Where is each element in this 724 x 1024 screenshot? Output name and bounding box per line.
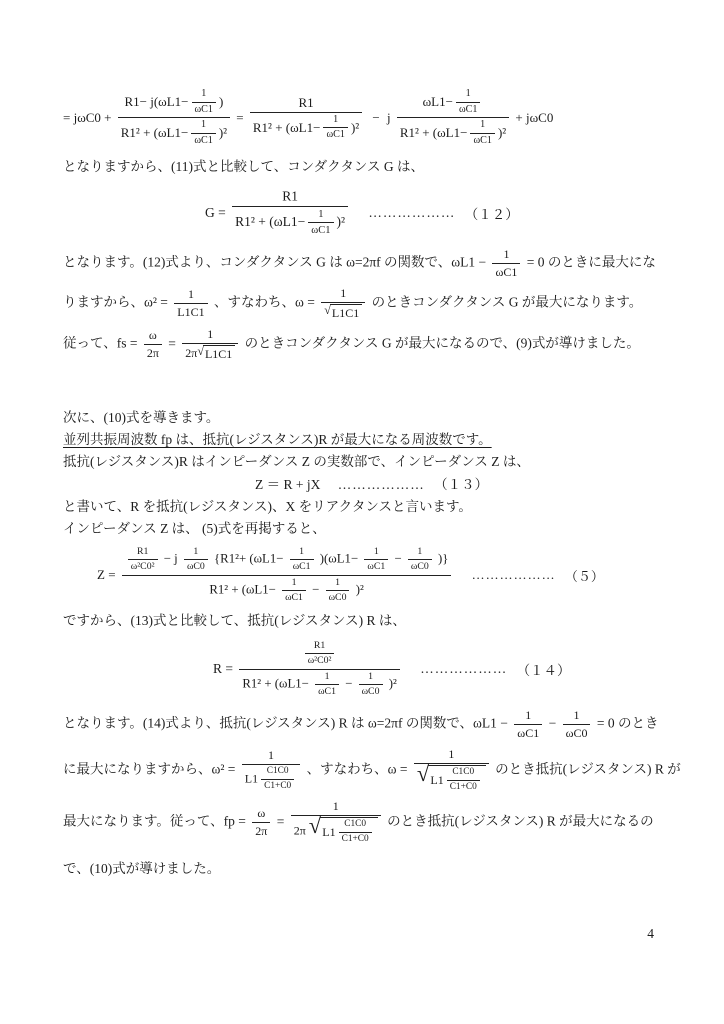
formula-12: G = R1 R1² + (ωL1−1ωC1)² ……………… （１２） — [205, 188, 666, 238]
fraction-denominator: R1² + (ωL1− 1ωC1 − 1ωC0 )² — [239, 670, 399, 698]
math-token: R1² + (ωL1− — [121, 125, 189, 140]
fraction: 1ωC0 — [408, 546, 432, 573]
math-token: （５） — [565, 569, 604, 584]
fraction-denominator: C1+C0 — [447, 781, 480, 794]
fraction-numerator: R1ω²C0² − j 1ωC0 {R1²+ (ωL1− 1ωC1 )(ωL1−… — [122, 546, 452, 575]
paragraph-reactance-naming: と書いて、R を抵抗(レジスタンス)、X をリアクタンスと言います。 — [63, 496, 666, 518]
formula-13: Z ＝ R + jX ……………… （１３） — [255, 473, 666, 496]
fraction: 1ωC1 — [492, 247, 520, 280]
fraction-numerator: C1C0 — [339, 819, 372, 833]
fraction-numerator: C1C0 — [447, 767, 480, 781]
math-token: − — [312, 582, 319, 596]
paragraph-omega-squared-parallel: に最大になりますから、ω² = 1 L1C1C0C1+C0 、すなわち、ω = … — [63, 747, 666, 793]
fraction-denominator: ωC0 — [563, 725, 591, 741]
paragraph-resistance-def: 抵抗(レジスタンス)R はインピーダンス Z の実数部で、インピーダンス Z は… — [63, 451, 666, 473]
text-segment: 、すなわち、ω = — [307, 761, 408, 776]
fraction: 1ωC1 — [282, 577, 306, 604]
math-token: 2π — [294, 824, 306, 838]
fraction-numerator: 1 — [323, 114, 347, 129]
fraction-numerator: ω — [252, 806, 270, 823]
paragraph-fp-conclusion: 最大になります。従って、fp = ω2π = 1 2π √ L1C1C0C1+C… — [63, 799, 666, 845]
text-segment: インピーダンス Z は、 (5)式を再掲すると、 — [63, 521, 326, 536]
fraction: 1ωC1 — [308, 208, 333, 237]
math-token: R1 — [282, 188, 298, 203]
fraction-denominator: 2π√L1C1 — [182, 344, 238, 361]
fraction-numerator: C1C0 — [261, 766, 294, 780]
fraction-denominator: ω²C0² — [305, 654, 335, 667]
fraction-numerator: 1 — [315, 671, 339, 685]
math-token: R = — [213, 661, 233, 676]
fraction-numerator: 1 — [321, 286, 365, 303]
formula-14: R = R1ω²C0² R1² + (ωL1− 1ωC1 − 1ωC0 )² …… — [213, 640, 666, 698]
text-segment: = 0 のときに最大にな — [527, 255, 656, 270]
fraction-numerator: R1− j(ωL1−1ωC1) — [118, 88, 230, 118]
paragraph-compare-13: ですから、(13)式と比較して、抵抗(レジスタンス) R は、 — [63, 610, 666, 632]
math-token: （１２） — [465, 207, 519, 222]
fraction-denominator: C1+C0 — [339, 833, 372, 846]
sqrt-expression: √ L1C1C0C1+C0 — [417, 765, 486, 793]
fraction: 1ωC1 — [192, 88, 216, 116]
radicand: L1C1C0C1+C0 — [428, 765, 485, 793]
math-token: R1² + (ωL1− — [400, 125, 468, 140]
text-segment: 抵抗(レジスタンス)R はインピーダンス Z の実数部で、インピーダンス Z は… — [63, 454, 530, 469]
math-token: − — [345, 676, 352, 690]
math-token: {R1²+ (ωL1− — [214, 552, 283, 566]
text-segment: に最大になりますから、ω² = — [63, 761, 235, 776]
fraction: C1C0C1+C0 — [447, 767, 480, 793]
fraction-denominator: ωC0 — [184, 560, 208, 573]
fraction-denominator: ωC1 — [364, 560, 388, 573]
fraction: 1ωC0 — [184, 546, 208, 573]
sqrt-expression: √L1C1 — [197, 345, 235, 361]
fraction-numerator: 1 — [364, 546, 388, 560]
math-token: )² — [356, 582, 364, 596]
math-token: )² — [389, 676, 397, 690]
fraction: 1ωC1 — [364, 546, 388, 573]
math-token: )² — [498, 125, 506, 140]
fraction: 1ωC1 — [514, 708, 542, 741]
math-token: )} — [438, 552, 448, 566]
fraction-numerator: 1 — [359, 671, 383, 685]
fraction-denominator: ωC1 — [191, 134, 215, 148]
fraction-denominator: 2π — [252, 823, 270, 839]
math-token: R1² + (ωL1− — [253, 120, 321, 135]
fraction-numerator: 1 — [174, 287, 207, 304]
paragraph-next-derivation: 次に、(10)式を導きます。 — [63, 407, 666, 429]
fraction: ωL1−1ωC1 R1² + (ωL1−1ωC1)² — [397, 88, 509, 148]
fraction: 1L1C1 — [174, 287, 207, 320]
fraction: 1ωC0 — [359, 671, 383, 698]
math-token: = jωC0 + — [63, 110, 112, 125]
page-number: 4 — [647, 926, 654, 942]
math-token: = — [168, 336, 176, 351]
fraction-denominator: R1² + (ωL1−1ωC1)² — [232, 207, 348, 237]
paragraph-compare-11: となりますから、(11)式と比較して、コンダクタンス G は、 — [63, 156, 666, 178]
math-token: 2π — [185, 346, 197, 360]
math-token: Z = — [97, 567, 116, 582]
fraction-numerator: 1 — [290, 546, 314, 560]
radicand: L1C1 — [203, 345, 235, 361]
fraction-denominator: R1² + (ωL1−1ωC1)² — [118, 118, 230, 147]
fraction: 1 √ L1C1C0C1+C0 — [414, 747, 489, 793]
math-token: （１３） — [434, 477, 488, 492]
fraction-denominator: ωC1 — [192, 103, 216, 117]
fraction: 1 L1C1C0C1+C0 — [242, 748, 300, 792]
math-token: Z ＝ R + jX — [255, 477, 320, 492]
math-token: ……………… — [472, 567, 556, 582]
fraction-numerator: R1 — [128, 546, 158, 560]
fraction-denominator: ωC1 — [470, 134, 494, 148]
text-segment: となりますから、(11)式と比較して、コンダクタンス G は、 — [63, 159, 424, 174]
paragraph-omega-squared: りますから、ω² = 1L1C1 、すなわち、ω = 1 √L1C1 のときコン… — [63, 286, 666, 320]
fraction-numerator: 1 — [308, 208, 333, 223]
math-token: = — [277, 815, 285, 830]
math-token: L1 — [245, 772, 258, 786]
fraction-numerator: 1 — [456, 88, 480, 103]
paragraph-impedance-recall: インピーダンス Z は、 (5)式を再掲すると、 — [63, 518, 666, 540]
text-segment: のとき抵抗(レジスタンス) R が最大になるの — [387, 814, 654, 829]
fraction-numerator: 1 — [191, 119, 215, 134]
fraction: 1 √L1C1 — [321, 286, 365, 320]
fraction-denominator: ωC1 — [456, 103, 480, 117]
fraction: C1C0C1+C0 — [339, 819, 372, 845]
fraction-numerator: R1 — [232, 188, 348, 207]
math-token: G = — [205, 205, 226, 220]
fraction-denominator: ωC1 — [282, 591, 306, 604]
fraction: 1ωC0 — [326, 577, 350, 604]
math-token: L1 — [322, 825, 335, 839]
math-token: j — [387, 110, 391, 125]
text-segment: のとき抵抗(レジスタンス) R が — [495, 761, 681, 776]
fraction: 1ωC1 — [315, 671, 339, 698]
math-token: + jωC0 — [515, 110, 553, 125]
fraction-numerator: ω — [144, 328, 162, 345]
fraction: R1 R1² + (ωL1−1ωC1)² — [232, 188, 348, 238]
math-token: L1 — [430, 773, 443, 787]
math-token: （１４） — [517, 663, 571, 678]
fraction-denominator: 2π √ L1C1C0C1+C0 — [291, 816, 381, 845]
sqrt-expression: √ L1C1C0C1+C0 — [309, 817, 378, 845]
fraction: R1ω²C0² — [305, 640, 335, 667]
fraction: 1ωC0 — [563, 708, 591, 741]
text-segment: − — [549, 716, 557, 731]
math-token: ωL1− — [423, 94, 453, 109]
text-segment: となります。(12)式より、コンダクタンス G は ω=2πf の関数で、ωL1… — [63, 255, 486, 270]
math-token: = — [236, 110, 243, 125]
fraction-denominator: ωC1 — [492, 264, 520, 280]
fraction-denominator: √ L1C1C0C1+C0 — [414, 764, 489, 793]
fraction-denominator: R1² + (ωL1−1ωC1)² — [397, 118, 509, 147]
text-segment: = 0 のとき — [597, 716, 659, 731]
paragraph-g-function: となります。(12)式より、コンダクタンス G は ω=2πf の関数で、ωL1… — [63, 247, 666, 280]
math-token: )² — [351, 120, 359, 135]
fraction: 1ωC1 — [323, 114, 347, 142]
fraction-numerator: 1 — [291, 799, 381, 816]
fraction: 1ωC1 — [456, 88, 480, 116]
fraction-denominator: ωC0 — [408, 560, 432, 573]
fraction-numerator: 1 — [470, 119, 494, 134]
fraction-denominator: L1C1 — [174, 304, 207, 320]
text-segment: 最大になります。従って、fp = — [63, 814, 246, 829]
fraction-numerator: 1 — [326, 577, 350, 591]
page-content: = jωC0 + R1− j(ωL1−1ωC1) R1² + (ωL1−1ωC1… — [0, 0, 724, 880]
fraction: 1ωC1 — [470, 119, 494, 147]
text-segment: となります。(14)式より、抵抗(レジスタンス) R は ω=2πf の関数で、… — [63, 716, 508, 731]
math-token: R1² + (ωL1− — [242, 676, 309, 690]
math-token: R1² + (ωL1− — [235, 214, 305, 229]
fraction-denominator: ωC1 — [514, 725, 542, 741]
fraction-denominator: L1C1C0C1+C0 — [242, 765, 300, 792]
math-token: ……………… — [420, 661, 507, 676]
fraction-denominator: ωC0 — [326, 591, 350, 604]
radicand: L1C1C0C1+C0 — [320, 817, 377, 845]
math-token: − — [394, 552, 401, 566]
radicand: L1C1 — [330, 304, 362, 320]
fraction-denominator: R1² + (ωL1− 1ωC1 − 1ωC0 )² — [122, 576, 452, 604]
text-segment: 並列共振周波数 fp は、抵抗(レジスタンス)R が最大になる周波数です。 — [63, 432, 492, 447]
paragraph-r-function: となります。(14)式より、抵抗(レジスタンス) R は ω=2πf の関数で、… — [63, 708, 666, 741]
paragraph-parallel-resonance-def: 並列共振周波数 fp は、抵抗(レジスタンス)R が最大になる周波数です。 — [63, 429, 666, 451]
math-token: )² — [219, 125, 227, 140]
fraction: R1ω²C0² − j 1ωC0 {R1²+ (ωL1− 1ωC1 )(ωL1−… — [122, 546, 452, 604]
fraction: ω2π — [252, 806, 270, 839]
fraction-denominator: ωC1 — [290, 560, 314, 573]
math-token: − — [372, 110, 379, 125]
text-segment: のときコンダクタンス G が最大になるので、(9)式が導けました。 — [245, 335, 640, 350]
fraction-numerator: R1ω²C0² — [239, 640, 399, 669]
fraction: R1 R1² + (ωL1−1ωC1)² — [250, 94, 362, 142]
fraction: 1 2π√L1C1 — [182, 327, 238, 361]
fraction-numerator: 1 — [282, 577, 306, 591]
text-segment: 次に、(10)式を導きます。 — [63, 410, 219, 425]
math-token: )(ωL1− — [320, 552, 358, 566]
fraction: R1ω²C0² — [128, 546, 158, 573]
fraction: R1− j(ωL1−1ωC1) R1² + (ωL1−1ωC1)² — [118, 88, 230, 148]
math-token: − j — [164, 552, 178, 566]
fraction-numerator: 1 — [492, 247, 520, 264]
fraction-numerator: 1 — [184, 546, 208, 560]
fraction-numerator: 1 — [242, 748, 300, 765]
fraction-numerator: 1 — [192, 88, 216, 103]
fraction-denominator: ωC1 — [315, 685, 339, 698]
fraction: C1C0C1+C0 — [261, 766, 294, 792]
formula-5: Z = R1ω²C0² − j 1ωC0 {R1²+ (ωL1− 1ωC1 )(… — [97, 546, 666, 604]
sqrt-expression: √L1C1 — [324, 304, 362, 320]
text-segment: で、(10)式が導けました。 — [63, 861, 220, 876]
fraction-denominator: ω²C0² — [128, 560, 158, 573]
math-token: )² — [337, 214, 346, 229]
fraction-denominator: ωC0 — [359, 685, 383, 698]
fraction-numerator: ωL1−1ωC1 — [397, 88, 509, 118]
text-segment: 、すなわち、ω = — [214, 295, 315, 310]
fraction-denominator: ωC1 — [323, 128, 347, 142]
fraction-denominator: C1+C0 — [261, 780, 294, 793]
math-token: R1− j(ωL1− — [124, 94, 188, 109]
document-page: = jωC0 + R1− j(ωL1−1ωC1) R1² + (ωL1−1ωC1… — [0, 0, 724, 1024]
text-segment: のときコンダクタンス G が最大になります。 — [372, 295, 643, 310]
fraction-numerator: 1 — [408, 546, 432, 560]
fraction-denominator: ωC1 — [308, 223, 333, 237]
fraction: 1 2π √ L1C1C0C1+C0 — [291, 799, 381, 845]
fraction-numerator: 1 — [514, 708, 542, 725]
formula-admittance-expansion: = jωC0 + R1− j(ωL1−1ωC1) R1² + (ωL1−1ωC1… — [63, 88, 666, 148]
fraction-denominator: R1² + (ωL1−1ωC1)² — [250, 113, 362, 142]
fraction-numerator: 1 — [563, 708, 591, 725]
paragraph-fs-conclusion: 従って、fs = ω2π = 1 2π√L1C1 のときコンダクタンス G が最… — [63, 327, 666, 361]
fraction-numerator: R1 — [305, 640, 335, 654]
math-token: R1 — [298, 94, 313, 109]
text-segment: と書いて、R を抵抗(レジスタンス)、X をリアクタンスと言います。 — [63, 499, 472, 514]
fraction: ω2π — [144, 328, 162, 361]
text-segment: りますから、ω² = — [63, 295, 168, 310]
fraction: 1ωC1 — [191, 119, 215, 147]
fraction: R1ω²C0² R1² + (ωL1− 1ωC1 − 1ωC0 )² — [239, 640, 399, 698]
text-segment: 従って、fs = — [63, 335, 137, 350]
math-token: ……………… — [368, 205, 455, 220]
fraction-denominator: 2π — [144, 345, 162, 361]
math-token: ) — [219, 94, 223, 109]
fraction: 1ωC1 — [290, 546, 314, 573]
fraction-numerator: 1 — [182, 327, 238, 344]
fraction-denominator: √L1C1 — [321, 303, 365, 320]
paragraph-derived-10: で、(10)式が導けました。 — [63, 858, 666, 880]
fraction-numerator: R1 — [250, 94, 362, 113]
math-token: R1² + (ωL1− — [209, 582, 276, 596]
text-segment: ですから、(13)式と比較して、抵抗(レジスタンス) R は、 — [63, 613, 406, 628]
math-token: ……………… — [338, 477, 425, 492]
